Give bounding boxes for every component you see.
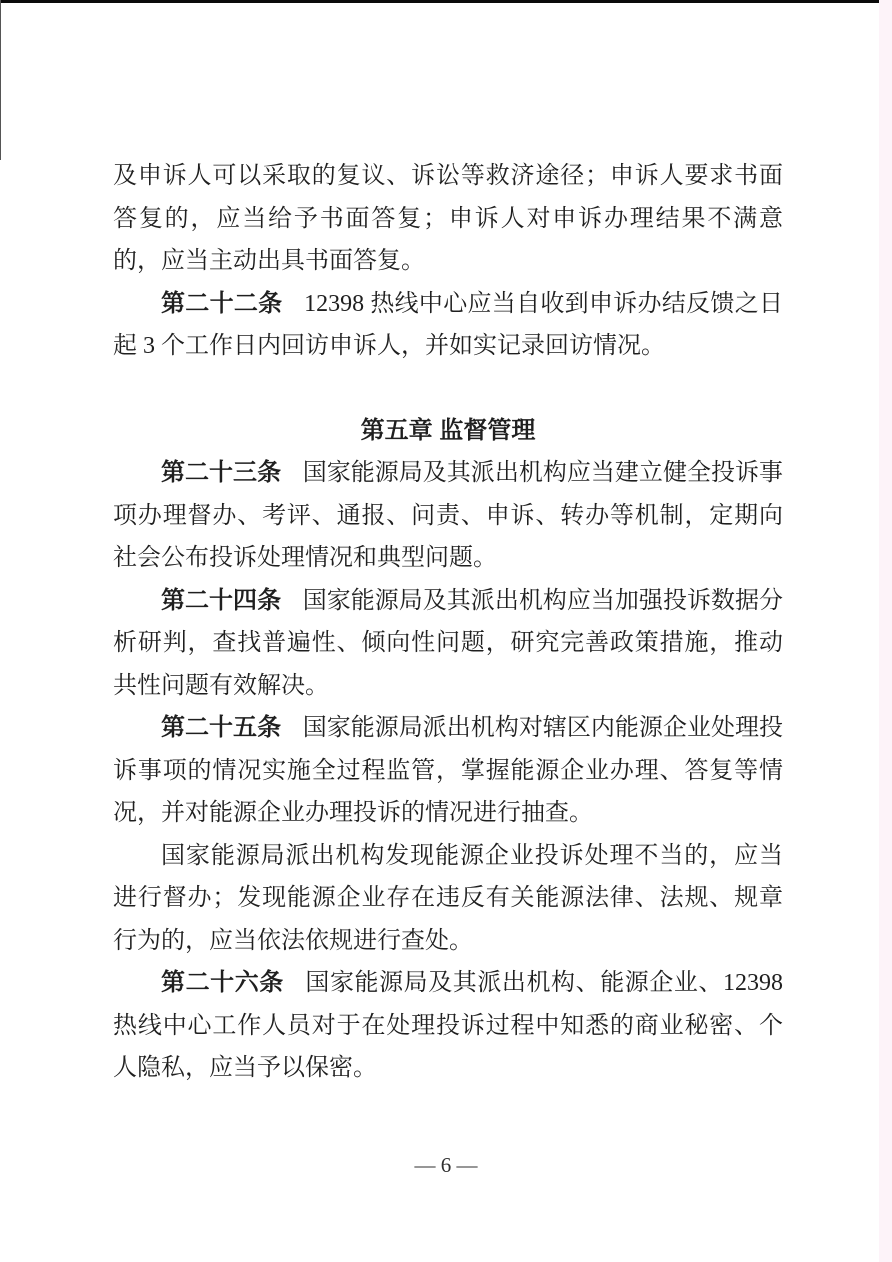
document-page: 及申诉人可以采取的复议、诉讼等救济途径；申诉人要求书面答复的，应当给予书面答复；…: [0, 0, 892, 1262]
chapter-heading: 第五章 监督管理: [113, 410, 783, 453]
article-25-clause-2-text: 国家能源局派出机构发现能源企业投诉处理不当的，应当进行督办；发现能源企业存在违反…: [113, 843, 783, 954]
article-24-number: 第二十四条: [161, 587, 281, 614]
document-body: 及申诉人可以采取的复议、诉讼等救济途径；申诉人要求书面答复的，应当给予书面答复；…: [0, 0, 892, 1090]
paragraph-article-25: 第二十五条国家能源局派出机构对辖区内能源企业处理投诉事项的情况实施全过程监管，掌…: [113, 707, 783, 835]
article-22-number: 第二十二条: [161, 290, 282, 317]
paragraph-carryover-text: 及申诉人可以采取的复议、诉讼等救济途径；申诉人要求书面答复的，应当给予书面答复；…: [113, 163, 783, 274]
page-number: — 6 —: [415, 1153, 478, 1177]
article-26-number: 第二十六条: [161, 969, 284, 996]
article-25-number: 第二十五条: [161, 714, 281, 741]
paragraph-article-24: 第二十四条国家能源局及其派出机构应当加强投诉数据分析研判，查找普遍性、倾向性问题…: [113, 580, 783, 708]
paragraph-article-26: 第二十六条国家能源局及其派出机构、能源企业、12398热线中心工作人员对于在处理…: [113, 962, 783, 1090]
article-23-number: 第二十三条: [161, 459, 281, 486]
paragraph-article-23: 第二十三条国家能源局及其派出机构应当建立健全投诉事项办理督办、考评、通报、问责、…: [113, 452, 783, 580]
paragraph-article-22: 第二十二条12398 热线中心应当自收到申诉办结反馈之日起 3 个工作日内回访申…: [113, 283, 783, 368]
paragraph-article-25-clause-2: 国家能源局派出机构发现能源企业投诉处理不当的，应当进行督办；发现能源企业存在违反…: [113, 835, 783, 963]
page-footer: — 6 —: [0, 1150, 892, 1180]
paragraph-carryover: 及申诉人可以采取的复议、诉讼等救济途径；申诉人要求书面答复的，应当给予书面答复；…: [113, 155, 783, 283]
